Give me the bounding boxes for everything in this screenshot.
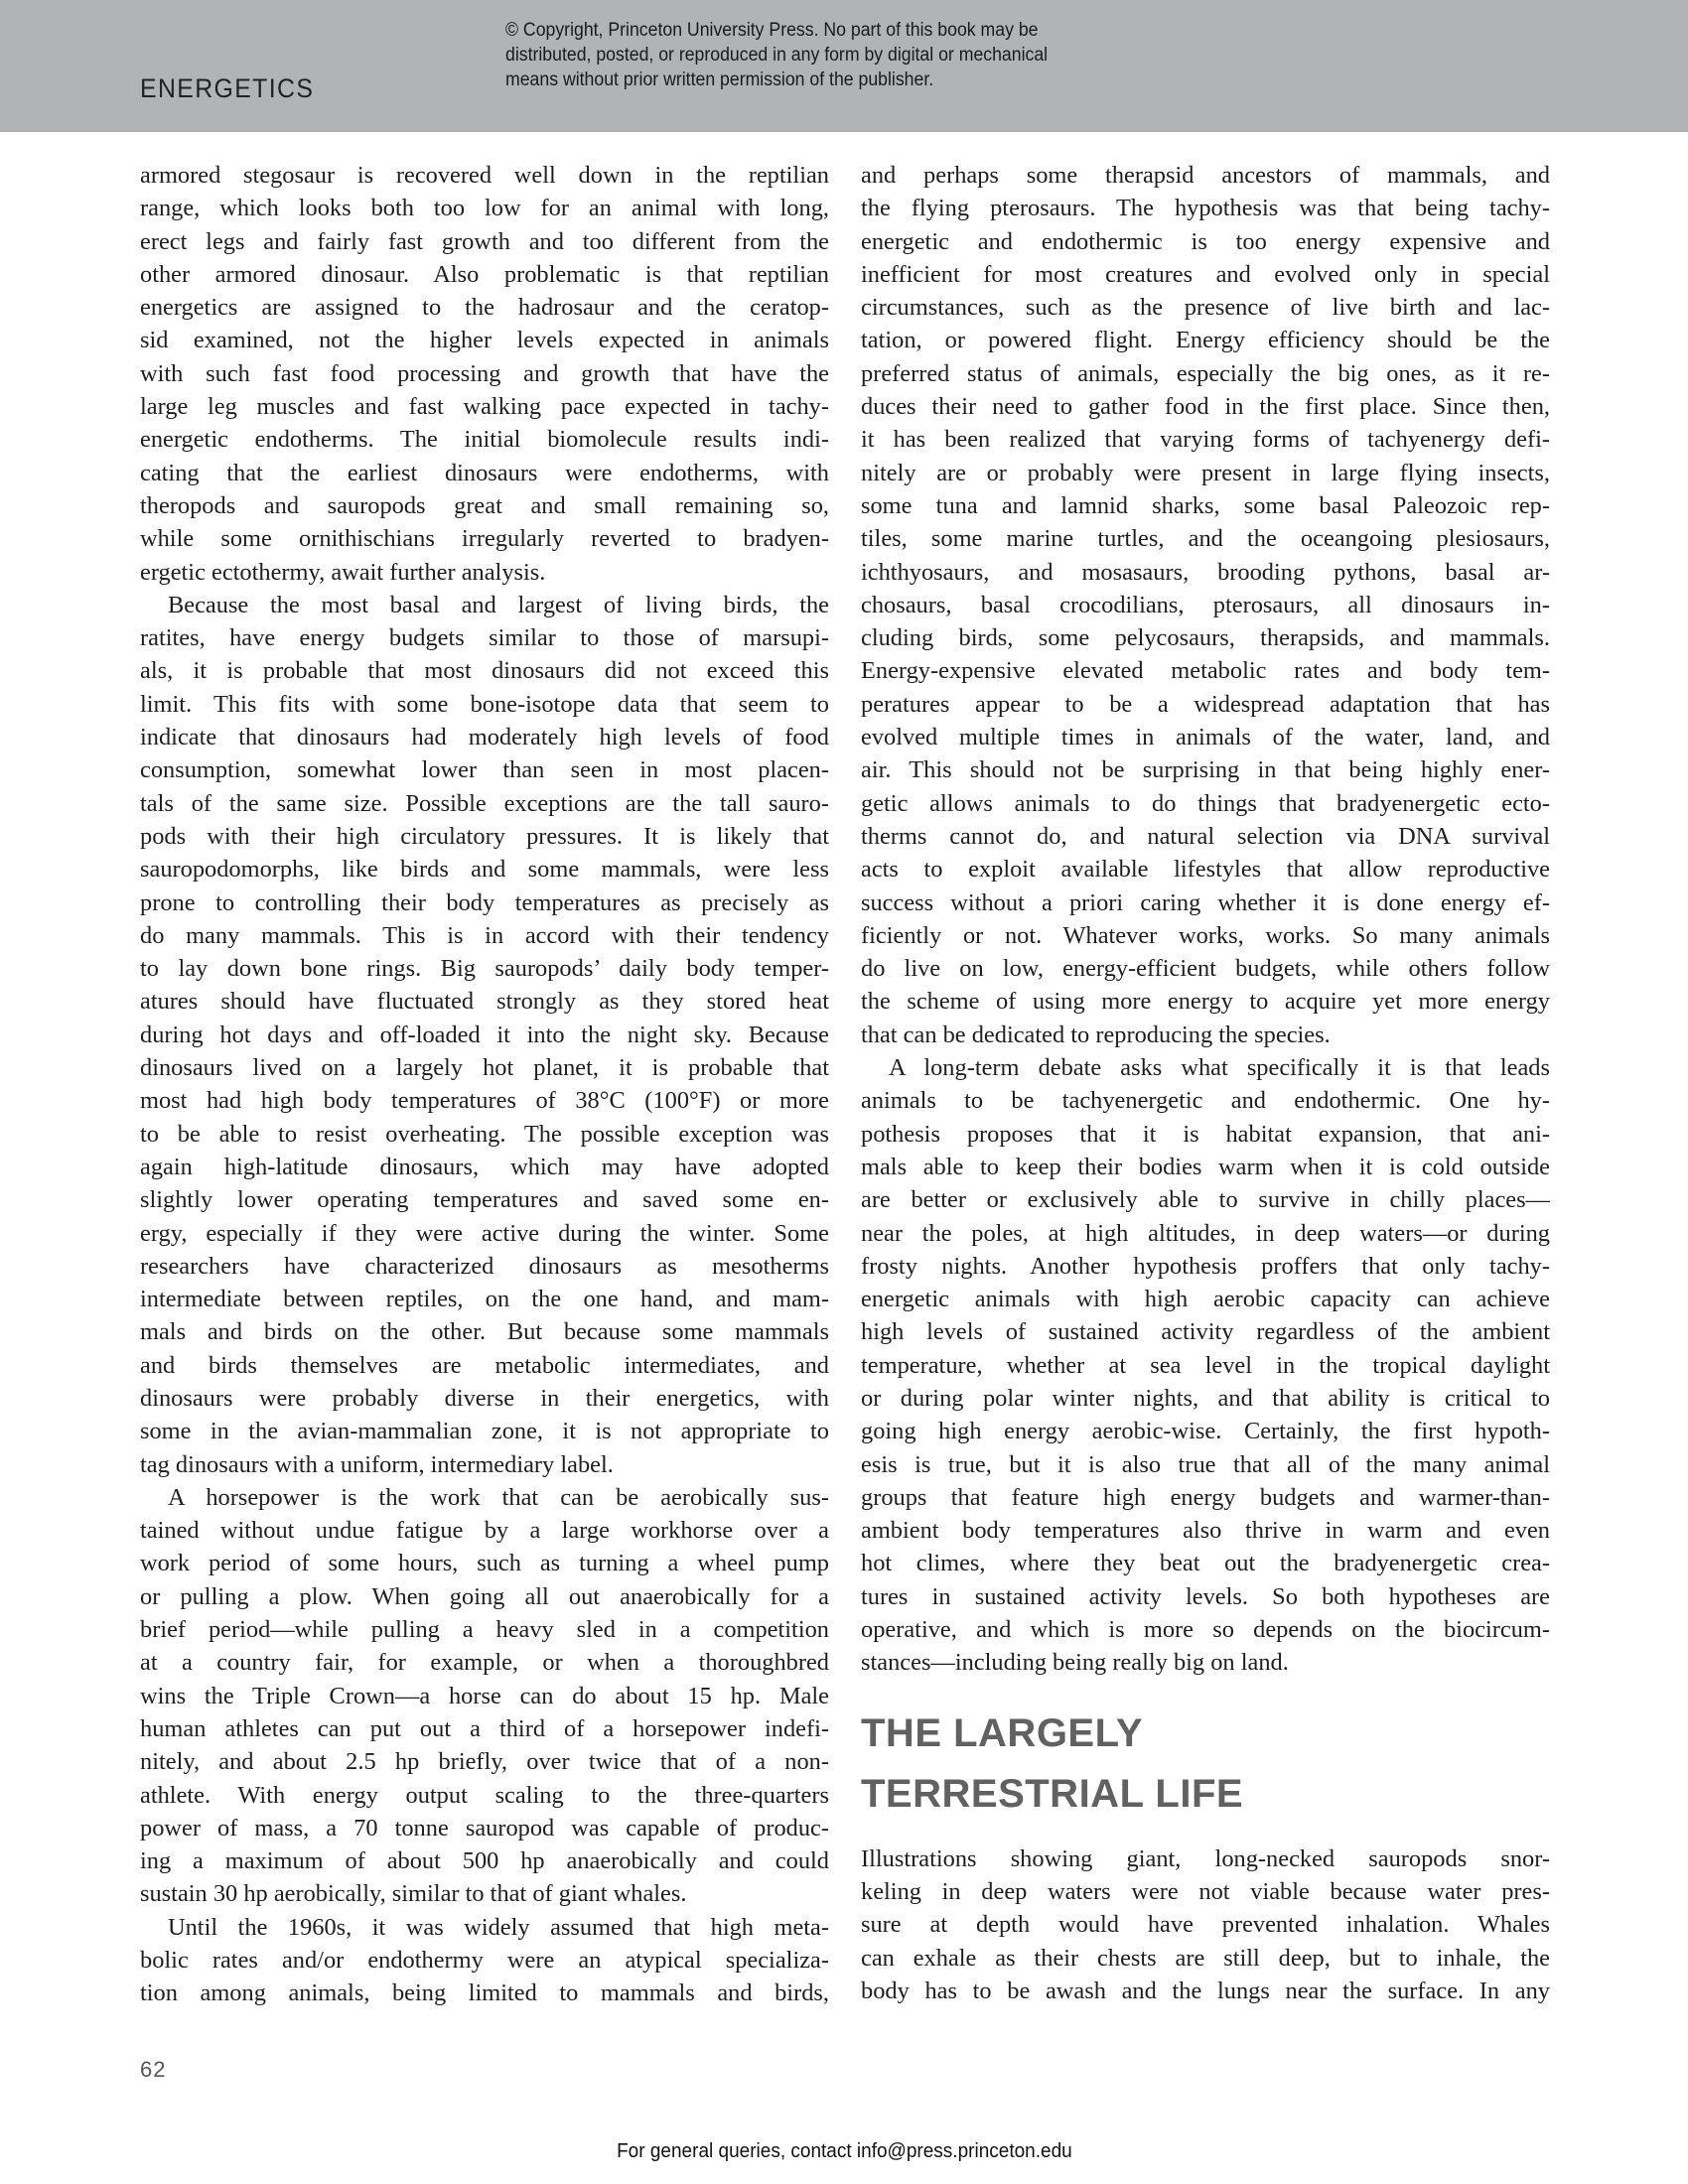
text-line: sauropodomorphs, like birds and some mam… xyxy=(140,853,829,886)
text-line: ergetic ectothermy, await further analys… xyxy=(140,556,829,589)
footer: For general queries, contact info@press.… xyxy=(0,2140,1688,2163)
text-line: prone to controlling their body temperat… xyxy=(140,887,829,919)
text-line: tained without undue fatigue by a large … xyxy=(140,1514,829,1547)
text-line: some in the avian-mammalian zone, it is … xyxy=(140,1415,829,1447)
text-line: als, it is probable that most dinosaurs … xyxy=(140,654,829,687)
text-line: energetic endotherms. The initial biomol… xyxy=(140,423,829,456)
text-line: other armored dinosaur. Also problematic… xyxy=(140,258,829,291)
page-number: 62 xyxy=(140,2057,166,2083)
text-line: operative, and which is more so depends … xyxy=(861,1613,1550,1646)
text-line: acts to exploit available lifestyles tha… xyxy=(861,853,1550,886)
text-line: power of mass, a 70 tonne sauropod was c… xyxy=(140,1812,829,1844)
text-line: esis is true, but it is also true that a… xyxy=(861,1448,1550,1481)
text-line: frosty nights. Another hypothesis proffe… xyxy=(861,1250,1550,1283)
text-line: duces their need to gather food in the f… xyxy=(861,390,1550,423)
text-line: erect legs and fairly fast growth and to… xyxy=(140,225,829,258)
text-line: and birds themselves are metabolic inter… xyxy=(140,1349,829,1382)
text-line: mals and birds on the other. But because… xyxy=(140,1315,829,1348)
text-line: human athletes can put out a third of a … xyxy=(140,1712,829,1745)
text-line: slightly lower operating temperatures an… xyxy=(140,1183,829,1216)
text-line: air. This should not be surprising in th… xyxy=(861,753,1550,786)
text-line: preferred status of animals, especially … xyxy=(861,357,1550,390)
text-line: chosaurs, basal crocodilians, pterosaurs… xyxy=(861,589,1550,621)
copyright-line: © Copyright, Princeton University Press.… xyxy=(505,18,1048,43)
text-line: body has to be awash and the lungs near … xyxy=(861,1975,1550,2007)
text-line: range, which looks both too low for an a… xyxy=(140,192,829,224)
text-line: sustain 30 hp aerobically, similar to th… xyxy=(140,1877,829,1910)
copyright-line: means without prior written permission o… xyxy=(505,68,1048,92)
text-line: bolic rates and/or endothermy were an at… xyxy=(140,1944,829,1977)
text-line: to lay down bone rings. Big sauropods’ d… xyxy=(140,952,829,985)
text-line: temperature, whether at sea level in the… xyxy=(861,1349,1550,1382)
text-line: ergy, especially if they were active dur… xyxy=(140,1217,829,1250)
text-line: tion among animals, being limited to mam… xyxy=(140,1977,829,2009)
text-line: or during polar winter nights, and that … xyxy=(861,1382,1550,1415)
text-line: are better or exclusively able to surviv… xyxy=(861,1183,1550,1216)
section-heading: THE LARGELY TERRESTRIAL LIFE xyxy=(861,1680,1550,1843)
text-line: do many mammals. This is in accord with … xyxy=(140,919,829,952)
text-line: going high energy aerobic-wise. Certainl… xyxy=(861,1415,1550,1447)
section-heading-line: THE LARGELY xyxy=(861,1704,1550,1764)
text-line: during hot days and off-loaded it into t… xyxy=(140,1019,829,1051)
text-line: can exhale as their chests are still dee… xyxy=(861,1942,1550,1975)
text-line: at a country fair, for example, or when … xyxy=(140,1646,829,1679)
text-line: tag dinosaurs with a uniform, intermedia… xyxy=(140,1448,829,1481)
text-line: animals to be tachyenergetic and endothe… xyxy=(861,1084,1550,1117)
text-line: stances—including being really big on la… xyxy=(861,1646,1550,1679)
text-line: success without a priori caring whether … xyxy=(861,887,1550,919)
text-line: again high-latitude dinosaurs, which may… xyxy=(140,1151,829,1183)
text-line: armored stegosaur is recovered well down… xyxy=(140,159,829,192)
text-line: it has been realized that varying forms … xyxy=(861,423,1550,456)
copyright-line: distributed, posted, or reproduced in an… xyxy=(505,43,1048,68)
right-body-before-heading: and perhaps some therapsid ancestors of … xyxy=(861,159,1550,1680)
text-line: the flying pterosaurs. The hypothesis wa… xyxy=(861,192,1550,224)
text-line: A long-term debate asks what specificall… xyxy=(861,1051,1550,1084)
text-line: most had high body temperatures of 38°C … xyxy=(140,1084,829,1117)
text-line: while some ornithischians irregularly re… xyxy=(140,522,829,555)
text-line: tures in sustained activity levels. So b… xyxy=(861,1580,1550,1613)
text-line: large leg muscles and fast walking pace … xyxy=(140,390,829,423)
footer-contact: For general queries, contact info@press.… xyxy=(617,2140,1072,2163)
text-line: pothesis proposes that it is habitat exp… xyxy=(861,1118,1550,1151)
text-line: wins the Triple Crown—a horse can do abo… xyxy=(140,1680,829,1712)
text-line: tals of the same size. Possible exceptio… xyxy=(140,787,829,820)
text-line: brief period—while pulling a heavy sled … xyxy=(140,1613,829,1646)
text-line: Until the 1960s, it was widely assumed t… xyxy=(140,1911,829,1944)
text-line: Illustrations showing giant, long-necked… xyxy=(861,1843,1550,1875)
text-line: with such fast food processing and growt… xyxy=(140,357,829,390)
text-line: cating that the earliest dinosaurs were … xyxy=(140,457,829,489)
text-line: ficiently or not. Whatever works, works.… xyxy=(861,919,1550,952)
text-line: ing a maximum of about 500 hp anaerobica… xyxy=(140,1844,829,1877)
text-line: athlete. With energy output scaling to t… xyxy=(140,1779,829,1812)
text-line: energetic animals with high aerobic capa… xyxy=(861,1283,1550,1315)
text-line: high levels of sustained activity regard… xyxy=(861,1315,1550,1348)
header-band: ENERGETICS © Copyright, Princeton Univer… xyxy=(0,0,1688,132)
text-line: energetics are assigned to the hadrosaur… xyxy=(140,291,829,324)
left-text-column: armored stegosaur is recovered well down… xyxy=(140,159,829,2010)
text-line: the scheme of using more energy to acqui… xyxy=(861,985,1550,1018)
text-line: or pulling a plow. When going all out an… xyxy=(140,1580,829,1613)
text-line: cluding birds, some pelycosaurs, theraps… xyxy=(861,621,1550,654)
text-line: dinosaurs lived on a largely hot planet,… xyxy=(140,1051,829,1084)
text-line: A horsepower is the work that can be aer… xyxy=(140,1481,829,1514)
text-line: ratites, have energy budgets similar to … xyxy=(140,621,829,654)
text-line: evolved multiple times in animals of the… xyxy=(861,721,1550,753)
text-line: pods with their high circulatory pressur… xyxy=(140,820,829,853)
text-line: Energy-expensive elevated metabolic rate… xyxy=(861,654,1550,687)
text-line: near the poles, at high altitudes, in de… xyxy=(861,1217,1550,1250)
copyright-notice: © Copyright, Princeton University Press.… xyxy=(505,18,1048,92)
text-line: circumstances, such as the presence of l… xyxy=(861,291,1550,324)
text-line: peratures appear to be a widespread adap… xyxy=(861,688,1550,721)
text-line: therms cannot do, and natural selection … xyxy=(861,820,1550,853)
text-line: mals able to keep their bodies warm when… xyxy=(861,1151,1550,1183)
text-line: energetic and endothermic is too energy … xyxy=(861,225,1550,258)
text-line: some tuna and lamnid sharks, some basal … xyxy=(861,489,1550,522)
text-line: inefficient for most creatures and evolv… xyxy=(861,258,1550,291)
text-line: tation, or powered flight. Energy effici… xyxy=(861,324,1550,356)
right-body-after-heading: Illustrations showing giant, long-necked… xyxy=(861,1843,1550,2007)
running-head: ENERGETICS xyxy=(140,73,314,103)
text-line: limit. This fits with some bone-isotope … xyxy=(140,688,829,721)
right-text-column: and perhaps some therapsid ancestors of … xyxy=(861,159,1550,2007)
text-line: ambient body temperatures also thrive in… xyxy=(861,1514,1550,1547)
text-line: indicate that dinosaurs had moderately h… xyxy=(140,721,829,753)
text-line: ichthyosaurs, and mosasaurs, brooding py… xyxy=(861,556,1550,589)
text-line: work period of some hours, such as turni… xyxy=(140,1547,829,1579)
text-line: atures should have fluctuated strongly a… xyxy=(140,985,829,1018)
text-line: that can be dedicated to reproducing the… xyxy=(861,1019,1550,1051)
text-line: do live on low, energy-efficient budgets… xyxy=(861,952,1550,985)
text-line: tiles, some marine turtles, and the ocea… xyxy=(861,522,1550,555)
text-line: getic allows animals to do things that b… xyxy=(861,787,1550,820)
text-line: intermediate between reptiles, on the on… xyxy=(140,1283,829,1315)
text-line: hot climes, where they beat out the brad… xyxy=(861,1547,1550,1579)
section-heading-line: TERRESTRIAL LIFE xyxy=(861,1764,1550,1825)
text-line: nitely are or probably were present in l… xyxy=(861,457,1550,489)
text-line: groups that feature high energy budgets … xyxy=(861,1481,1550,1514)
text-line: to be able to resist overheating. The po… xyxy=(140,1118,829,1151)
text-line: researchers have characterized dinosaurs… xyxy=(140,1250,829,1283)
text-line: Because the most basal and largest of li… xyxy=(140,589,829,621)
text-line: consumption, somewhat lower than seen in… xyxy=(140,753,829,786)
text-line: theropods and sauropods great and small … xyxy=(140,489,829,522)
text-line: nitely, and about 2.5 hp briefly, over t… xyxy=(140,1745,829,1778)
text-line: keling in deep waters were not viable be… xyxy=(861,1875,1550,1908)
text-line: sid examined, not the higher levels expe… xyxy=(140,324,829,356)
text-line: and perhaps some therapsid ancestors of … xyxy=(861,159,1550,192)
text-line: sure at depth would have prevented inhal… xyxy=(861,1908,1550,1941)
text-line: dinosaurs were probably diverse in their… xyxy=(140,1382,829,1415)
